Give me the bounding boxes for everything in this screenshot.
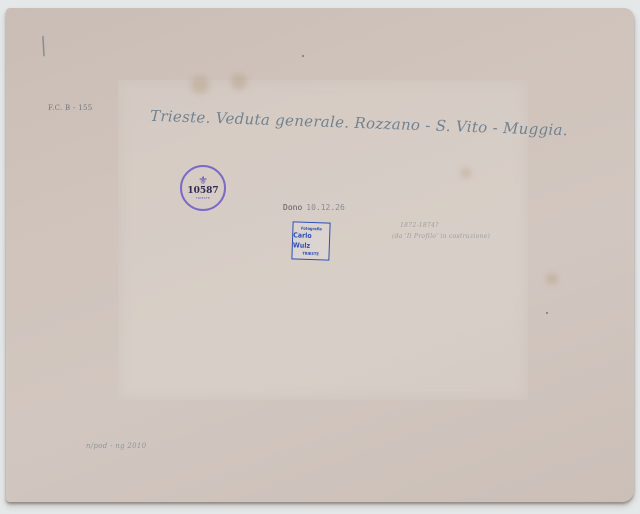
stamp-city: TRIESTE <box>196 196 210 200</box>
bottom-pencil-note: n/pod - ng 2010 <box>86 442 146 450</box>
pencil-date-note: 1872-1874? <box>400 222 439 229</box>
speck <box>302 55 304 57</box>
inventory-number: F.C. B - 155 <box>48 104 92 112</box>
stamp-line-2: Carlo Wulz <box>293 230 330 251</box>
speck <box>546 312 548 314</box>
stamp-line-3: TRIESTE <box>302 251 319 257</box>
stamp-number: 10587 <box>187 186 218 196</box>
donation-label: Dono <box>283 203 302 212</box>
pencil-note: (da 'Il Profilo' in costruzione) <box>392 233 490 240</box>
foxing-stain <box>231 74 247 90</box>
donation-line: Dono10.12.26 <box>283 203 345 212</box>
donation-date: 10.12.26 <box>306 203 345 212</box>
archive-round-stamp: ⚜ 10587 TRIESTE <box>180 165 226 211</box>
foxing-stain <box>461 168 471 178</box>
photographer-stamp: Fotografia Carlo Wulz TRIESTE <box>291 221 330 260</box>
foxing-stain <box>191 76 209 94</box>
halberd-lily-icon: ⚜ <box>198 176 208 186</box>
foxing-stain <box>546 273 558 285</box>
